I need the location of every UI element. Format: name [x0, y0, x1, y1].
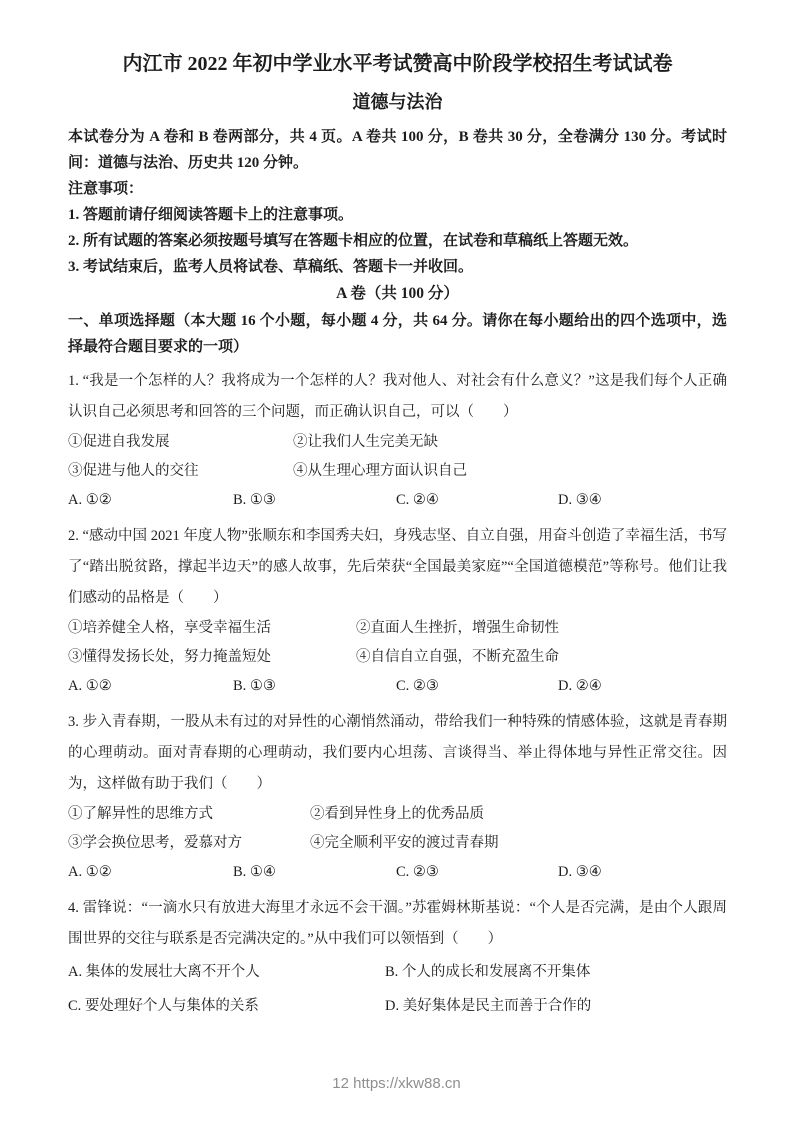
- choice-c: C. ②④: [396, 486, 439, 515]
- choice-d: D. ③④: [558, 486, 602, 515]
- question-4-choices-row-1: A. 集体的发展壮大离不开个人 B. 个人的成长和发展离不开集体: [68, 955, 727, 989]
- suboption-2: ②直面人生挫折，增强生命韧性: [356, 614, 559, 643]
- question-1: 1. “我是一个怎样的人？我将成为一个怎样的人？我对他人、对社会有什么意义？”这…: [68, 366, 727, 515]
- suboption-3: ③促进与他人的交往: [68, 463, 199, 479]
- question-2-suboptions-row-2: ③懂得发扬长处，努力掩盖短处 ④自信自立自强，不断充盈生命: [68, 643, 727, 672]
- question-2-suboptions-row-1: ①培养健全人格，享受幸福生活 ②直面人生挫折，增强生命韧性: [68, 614, 727, 643]
- question-1-stem: 1. “我是一个怎样的人？我将成为一个怎样的人？我对他人、对社会有什么意义？”这…: [68, 366, 727, 428]
- suboption-1: ①了解异性的思维方式: [68, 806, 213, 822]
- choice-b: B. 个人的成长和发展离不开集体: [385, 955, 590, 989]
- page-footer-url: 12 https://xkw88.cn: [0, 1075, 793, 1092]
- suboption-4: ④完全顺利平安的渡过青春期: [310, 829, 499, 858]
- suboption-2: ②看到异性身上的优秀品质: [310, 800, 484, 829]
- question-1-suboptions-row-1: ①促进自我发展 ②让我们人生完美无缺: [68, 428, 727, 457]
- choice-d: D. 美好集体是民主而善于合作的: [385, 989, 591, 1023]
- part-one-heading: 一、单项选择题（本大题 16 个小题，每小题 4 分，共 64 分。请你在每小题…: [68, 308, 727, 360]
- exam-paper-page: 内江市 2022 年初中学业水平考试赞高中阶段学校招生考试试卷 道德与法治 本试…: [0, 0, 793, 1122]
- question-3: 3. 步入青春期，一股从未有过的对异性的心潮悄然涌动，带给我们一种特殊的情感体验…: [68, 707, 727, 887]
- question-4-choices-row-2: C. 要处理好个人与集体的关系 D. 美好集体是民主而善于合作的: [68, 989, 727, 1023]
- section-a-title: A 卷（共 100 分）: [68, 280, 727, 308]
- notice-item-3: 3. 考试结束后，监考人员将试卷、草稿纸、答题卡一并收回。: [68, 254, 727, 280]
- exam-intro-paragraph: 本试卷分为 A 卷和 B 卷两部分，共 4 页。A 卷共 100 分，B 卷共 …: [68, 124, 727, 176]
- question-4: 4. 雷锋说：“一滴水只有放进大海里才永远不会干涸。”苏霍姆林斯基说：“个人是否…: [68, 893, 727, 1023]
- question-4-stem: 4. 雷锋说：“一滴水只有放进大海里才永远不会干涸。”苏霍姆林斯基说：“个人是否…: [68, 893, 727, 955]
- question-1-choices: A. ①② B. ①③ C. ②④ D. ③④: [68, 486, 727, 515]
- notice-heading: 注意事项：: [68, 176, 727, 202]
- choice-d: D. ②④: [558, 672, 602, 701]
- suboption-3: ③懂得发扬长处，努力掩盖短处: [68, 649, 271, 665]
- choice-b: B. ①③: [233, 672, 276, 701]
- choice-a: A. ①②: [68, 486, 112, 515]
- question-3-stem: 3. 步入青春期，一股从未有过的对异性的心潮悄然涌动，带给我们一种特殊的情感体验…: [68, 707, 727, 800]
- page-title: 内江市 2022 年初中学业水平考试赞高中阶段学校招生考试试卷: [68, 50, 727, 78]
- question-1-suboptions-row-2: ③促进与他人的交往 ④从生理心理方面认识自己: [68, 457, 727, 486]
- choice-b: B. ①③: [233, 486, 276, 515]
- choice-c: C. ②③: [396, 858, 439, 887]
- notice-item-1: 1. 答题前请仔细阅读答题卡上的注意事项。: [68, 202, 727, 228]
- question-2: 2. “感动中国 2021 年度人物”张顺东和李国秀夫妇，身残志坚、自立自强，用…: [68, 521, 727, 701]
- question-2-stem: 2. “感动中国 2021 年度人物”张顺东和李国秀夫妇，身残志坚、自立自强，用…: [68, 521, 727, 614]
- choice-a: A. ①②: [68, 858, 112, 887]
- choice-c: C. ②③: [396, 672, 439, 701]
- suboption-1: ①培养健全人格，享受幸福生活: [68, 620, 271, 636]
- suboption-2: ②让我们人生完美无缺: [293, 428, 438, 457]
- suboption-3: ③学会换位思考，爱慕对方: [68, 835, 242, 851]
- choice-a: A. 集体的发展壮大离不开个人: [68, 955, 260, 989]
- suboption-4: ④从生理心理方面认识自己: [293, 457, 467, 486]
- question-2-choices: A. ①② B. ①③ C. ②③ D. ②④: [68, 672, 727, 701]
- choice-d: D. ③④: [558, 858, 602, 887]
- suboption-4: ④自信自立自强，不断充盈生命: [356, 643, 559, 672]
- notice-item-2: 2. 所有试题的答案必须按题号填写在答题卡相应的位置，在试卷和草稿纸上答题无效。: [68, 228, 727, 254]
- choice-a: A. ①②: [68, 672, 112, 701]
- suboption-1: ①促进自我发展: [68, 434, 170, 450]
- question-3-suboptions-row-1: ①了解异性的思维方式 ②看到异性身上的优秀品质: [68, 800, 727, 829]
- choice-b: B. ①④: [233, 858, 276, 887]
- subject-title: 道德与法治: [68, 90, 727, 114]
- choice-c: C. 要处理好个人与集体的关系: [68, 989, 259, 1023]
- question-3-choices: A. ①② B. ①④ C. ②③ D. ③④: [68, 858, 727, 887]
- question-3-suboptions-row-2: ③学会换位思考，爱慕对方 ④完全顺利平安的渡过青春期: [68, 829, 727, 858]
